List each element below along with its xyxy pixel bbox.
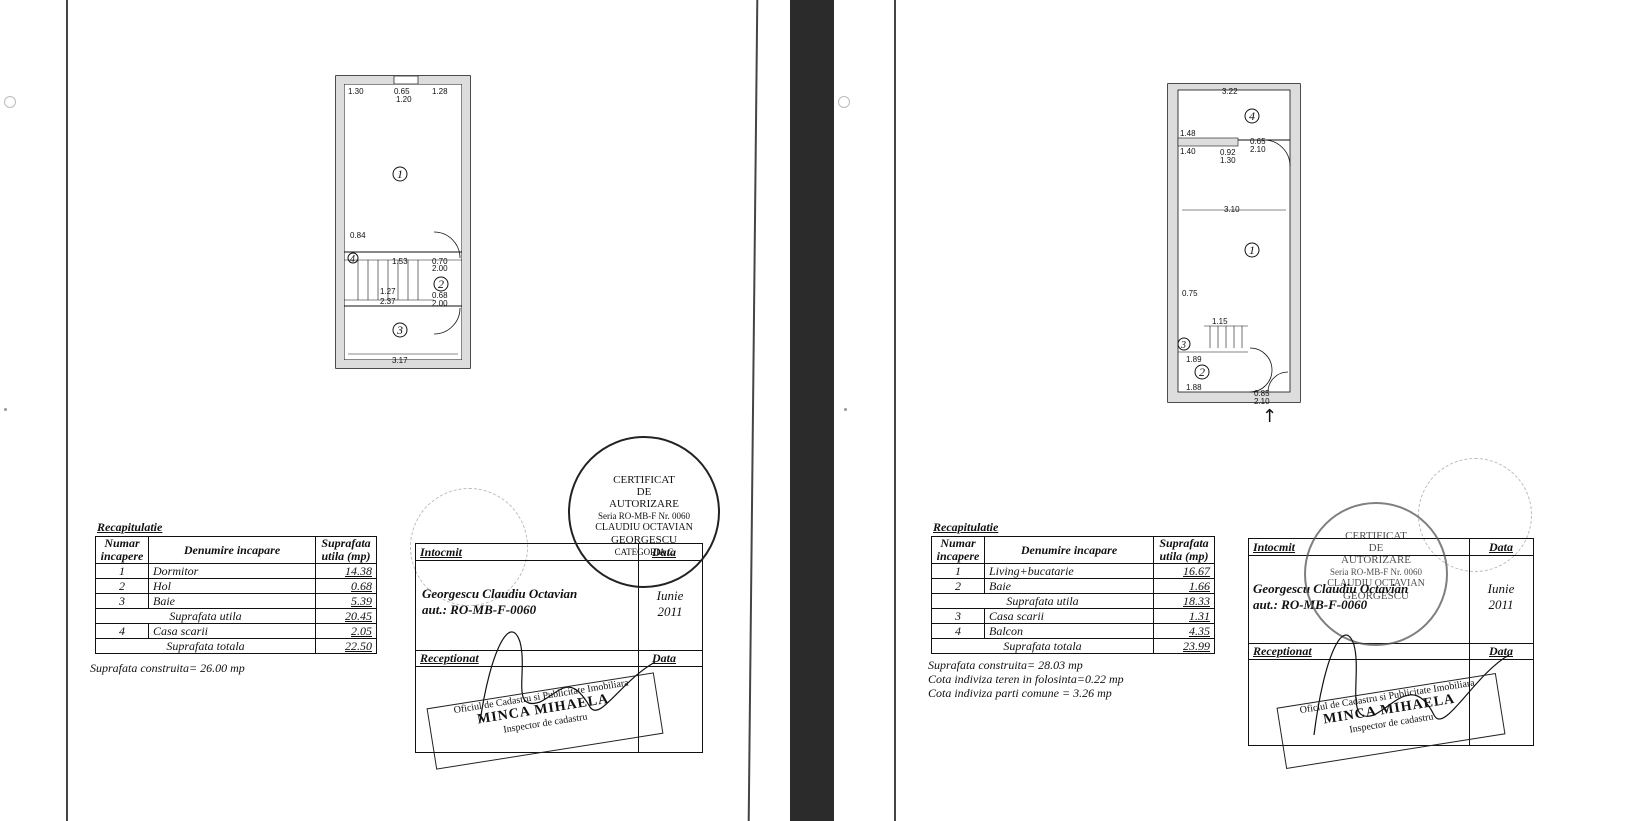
recap-title: Recapitulatie — [97, 520, 162, 535]
svg-text:3.10: 3.10 — [1224, 205, 1240, 214]
table-row: 1 Dormitor 14.38 — [96, 564, 377, 579]
svg-text:3: 3 — [396, 323, 403, 337]
svg-text:4: 4 — [1249, 109, 1255, 123]
table-row: 2 Hol 0.68 — [96, 579, 377, 594]
page-border-left — [894, 0, 896, 821]
recap-title: Recapitulatie — [933, 520, 998, 535]
col-header-area: Suprafata utila (mp) — [316, 537, 377, 564]
svg-text:1.89: 1.89 — [1186, 355, 1202, 364]
svg-text:1.30: 1.30 — [1220, 156, 1236, 165]
common-share-note: Cota indiviza parti comune = 3.26 mp — [928, 687, 1112, 700]
built-area-note: Suprafata construita= 26.00 mp — [90, 662, 245, 675]
table-row: 1 Living+bucatarie 16.67 — [932, 564, 1215, 579]
built-area-note: Suprafata construita= 28.03 mp — [928, 659, 1083, 672]
recap-table: Numar incapere Denumire incapare Suprafa… — [95, 536, 377, 654]
svg-text:4: 4 — [350, 254, 355, 265]
table-row: 3 Casa scarii 1.31 — [932, 609, 1215, 624]
svg-text:1: 1 — [397, 167, 403, 181]
col-header-name: Denumire incapare — [985, 537, 1154, 564]
scan-speck — [844, 408, 847, 411]
svg-text:3.22: 3.22 — [1222, 87, 1238, 96]
scan-speck — [4, 408, 7, 411]
page-divider — [790, 0, 834, 821]
recap-table: Numar incapere Denumire incapare Suprafa… — [931, 536, 1215, 654]
svg-text:3: 3 — [1180, 340, 1186, 351]
subtotal-row: Suprafata utila 18.33 — [932, 594, 1215, 609]
svg-text:1.53: 1.53 — [392, 257, 408, 266]
svg-text:2: 2 — [1199, 365, 1205, 379]
table-row: 3 Baie 5.39 — [96, 594, 377, 609]
page-border-right — [748, 0, 759, 821]
right-document-page: 4 1 2 3 3.22 1.48 1.40 0.92 1.30 0.65 2.… — [834, 0, 1643, 821]
table-row: 4 Balcon 4.35 — [932, 624, 1215, 639]
land-share-note: Cota indiviza teren in folosinta=0.22 mp — [928, 673, 1124, 686]
svg-text:0.84: 0.84 — [350, 231, 366, 240]
col-header-number: Numar incapere — [932, 537, 985, 564]
svg-text:3.17: 3.17 — [392, 356, 408, 365]
svg-text:1.20: 1.20 — [396, 95, 412, 104]
table-row: 2 Baie 1.66 — [932, 579, 1215, 594]
floor-plan-left: 1 2 3 4 1.30 0.65 1.20 1.28 0.84 1.53 0.… — [328, 74, 476, 374]
punch-hole — [4, 96, 16, 108]
punch-hole — [838, 96, 850, 108]
svg-text:1.15: 1.15 — [1212, 317, 1228, 326]
svg-text:1.28: 1.28 — [432, 87, 448, 96]
svg-text:2.00: 2.00 — [432, 264, 448, 273]
table-row: 4 Casa scarii 2.05 — [96, 624, 377, 639]
authorization-stamp: CERTIFICAT DE AUTORIZARE Seria RO-MB-F N… — [568, 436, 720, 588]
left-document-page: 1 2 3 4 1.30 0.65 1.20 1.28 0.84 1.53 0.… — [0, 0, 790, 821]
svg-text:2.10: 2.10 — [1250, 145, 1266, 154]
subtotal-row: Suprafata utila 20.45 — [96, 609, 377, 624]
col-header-number: Numar incapere — [96, 537, 149, 564]
floor-plan-right: 4 1 2 3 3.22 1.48 1.40 0.92 1.30 0.65 2.… — [1164, 82, 1304, 422]
page-border-left — [66, 0, 68, 821]
svg-text:1.88: 1.88 — [1186, 383, 1202, 392]
svg-text:1.40: 1.40 — [1180, 147, 1196, 156]
svg-text:2.10: 2.10 — [1254, 397, 1270, 406]
svg-text:1: 1 — [1249, 243, 1255, 257]
svg-text:1.27: 1.27 — [380, 287, 396, 296]
total-row: Suprafata totala 22.50 — [96, 639, 377, 654]
svg-text:1.48: 1.48 — [1180, 129, 1196, 138]
svg-text:2: 2 — [438, 277, 444, 291]
author-name: Georgescu Claudiu Octavian — [422, 586, 577, 601]
col-header-name: Denumire incapare — [149, 537, 316, 564]
col-header-area: Suprafata utila (mp) — [1154, 537, 1215, 564]
svg-text:2.37: 2.37 — [380, 297, 396, 306]
svg-text:1.30: 1.30 — [348, 87, 364, 96]
entrance-arrow-icon: ↑ — [1262, 406, 1277, 427]
total-row: Suprafata totala 23.99 — [932, 639, 1215, 654]
svg-text:0.75: 0.75 — [1182, 289, 1198, 298]
svg-text:2.00: 2.00 — [432, 299, 448, 308]
